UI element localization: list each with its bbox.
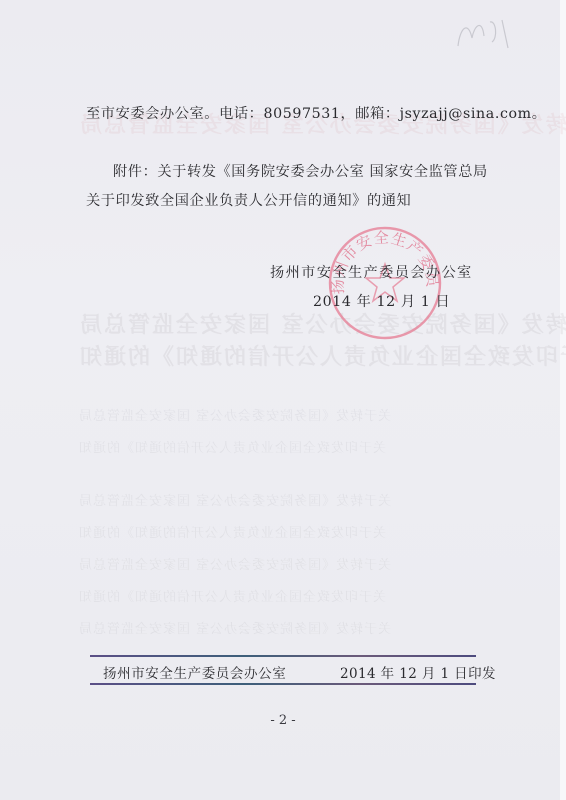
document-page: 关于转发《国务院安委会办公室 国家安全监管总局 关于转发《国务院安委会办公室 国… <box>0 0 566 800</box>
signature-date: 2014 年 12 月 1 日 <box>313 291 450 311</box>
bleed-through-line: 关于印发致全国企业负责人公开信的通知》的通知 <box>78 437 386 456</box>
contact-line: 至市安委会办公室。电话：80597531，邮箱：jsyzajj@sina.com… <box>86 103 546 123</box>
footer-rule-top <box>90 655 476 657</box>
official-seal: 扬州市安全生产委员会办公室 <box>326 224 444 342</box>
signature-organization: 扬州市安全生产委员会办公室 <box>270 262 473 282</box>
attachment-line-1: 附件：关于转发《国务院安委会办公室 国家安全监管总局 <box>113 161 488 181</box>
attachment-line-2: 关于印发致全国企业负责人公开信的通知》的通知 <box>86 190 411 210</box>
footer-issuer: 扬州市安全生产委员会办公室 <box>103 662 286 682</box>
bleed-through-line: 关于印发致全国企业负责人公开信的通知》的通知 <box>78 522 386 541</box>
svg-text:扬州市安全生产委员会办公室: 扬州市安全生产委员会办公室 <box>326 224 442 294</box>
footer-issue-date: 2014 年 12 月 1 日印发 <box>340 662 496 682</box>
bleed-through-line: 关于印发致全国企业负责人公开信的通知》的通知 <box>78 586 386 605</box>
bleed-through-line: 关于转发《国务院安委会办公室 国家安全监管总局 <box>78 405 391 424</box>
bleed-through-line: 关于转发《国务院安委会办公室 国家安全监管总局 <box>78 618 391 637</box>
seal-text: 扬州市安全生产委员会办公室 <box>326 224 442 294</box>
bleed-through-line: 关于印发致全国企业负责人公开信的通知》的通知 <box>78 340 566 371</box>
page-number: - 2 - <box>0 713 566 728</box>
bleed-through-line: 关于转发《国务院安委会办公室 国家安全监管总局 <box>78 308 566 339</box>
footer-rule-bottom <box>90 683 476 685</box>
bleed-through-line: 关于转发《国务院安委会办公室 国家安全监管总局 <box>78 490 391 509</box>
handwritten-mark <box>438 8 518 53</box>
bleed-through-line: 关于转发《国务院安委会办公室 国家安全监管总局 <box>78 554 391 573</box>
